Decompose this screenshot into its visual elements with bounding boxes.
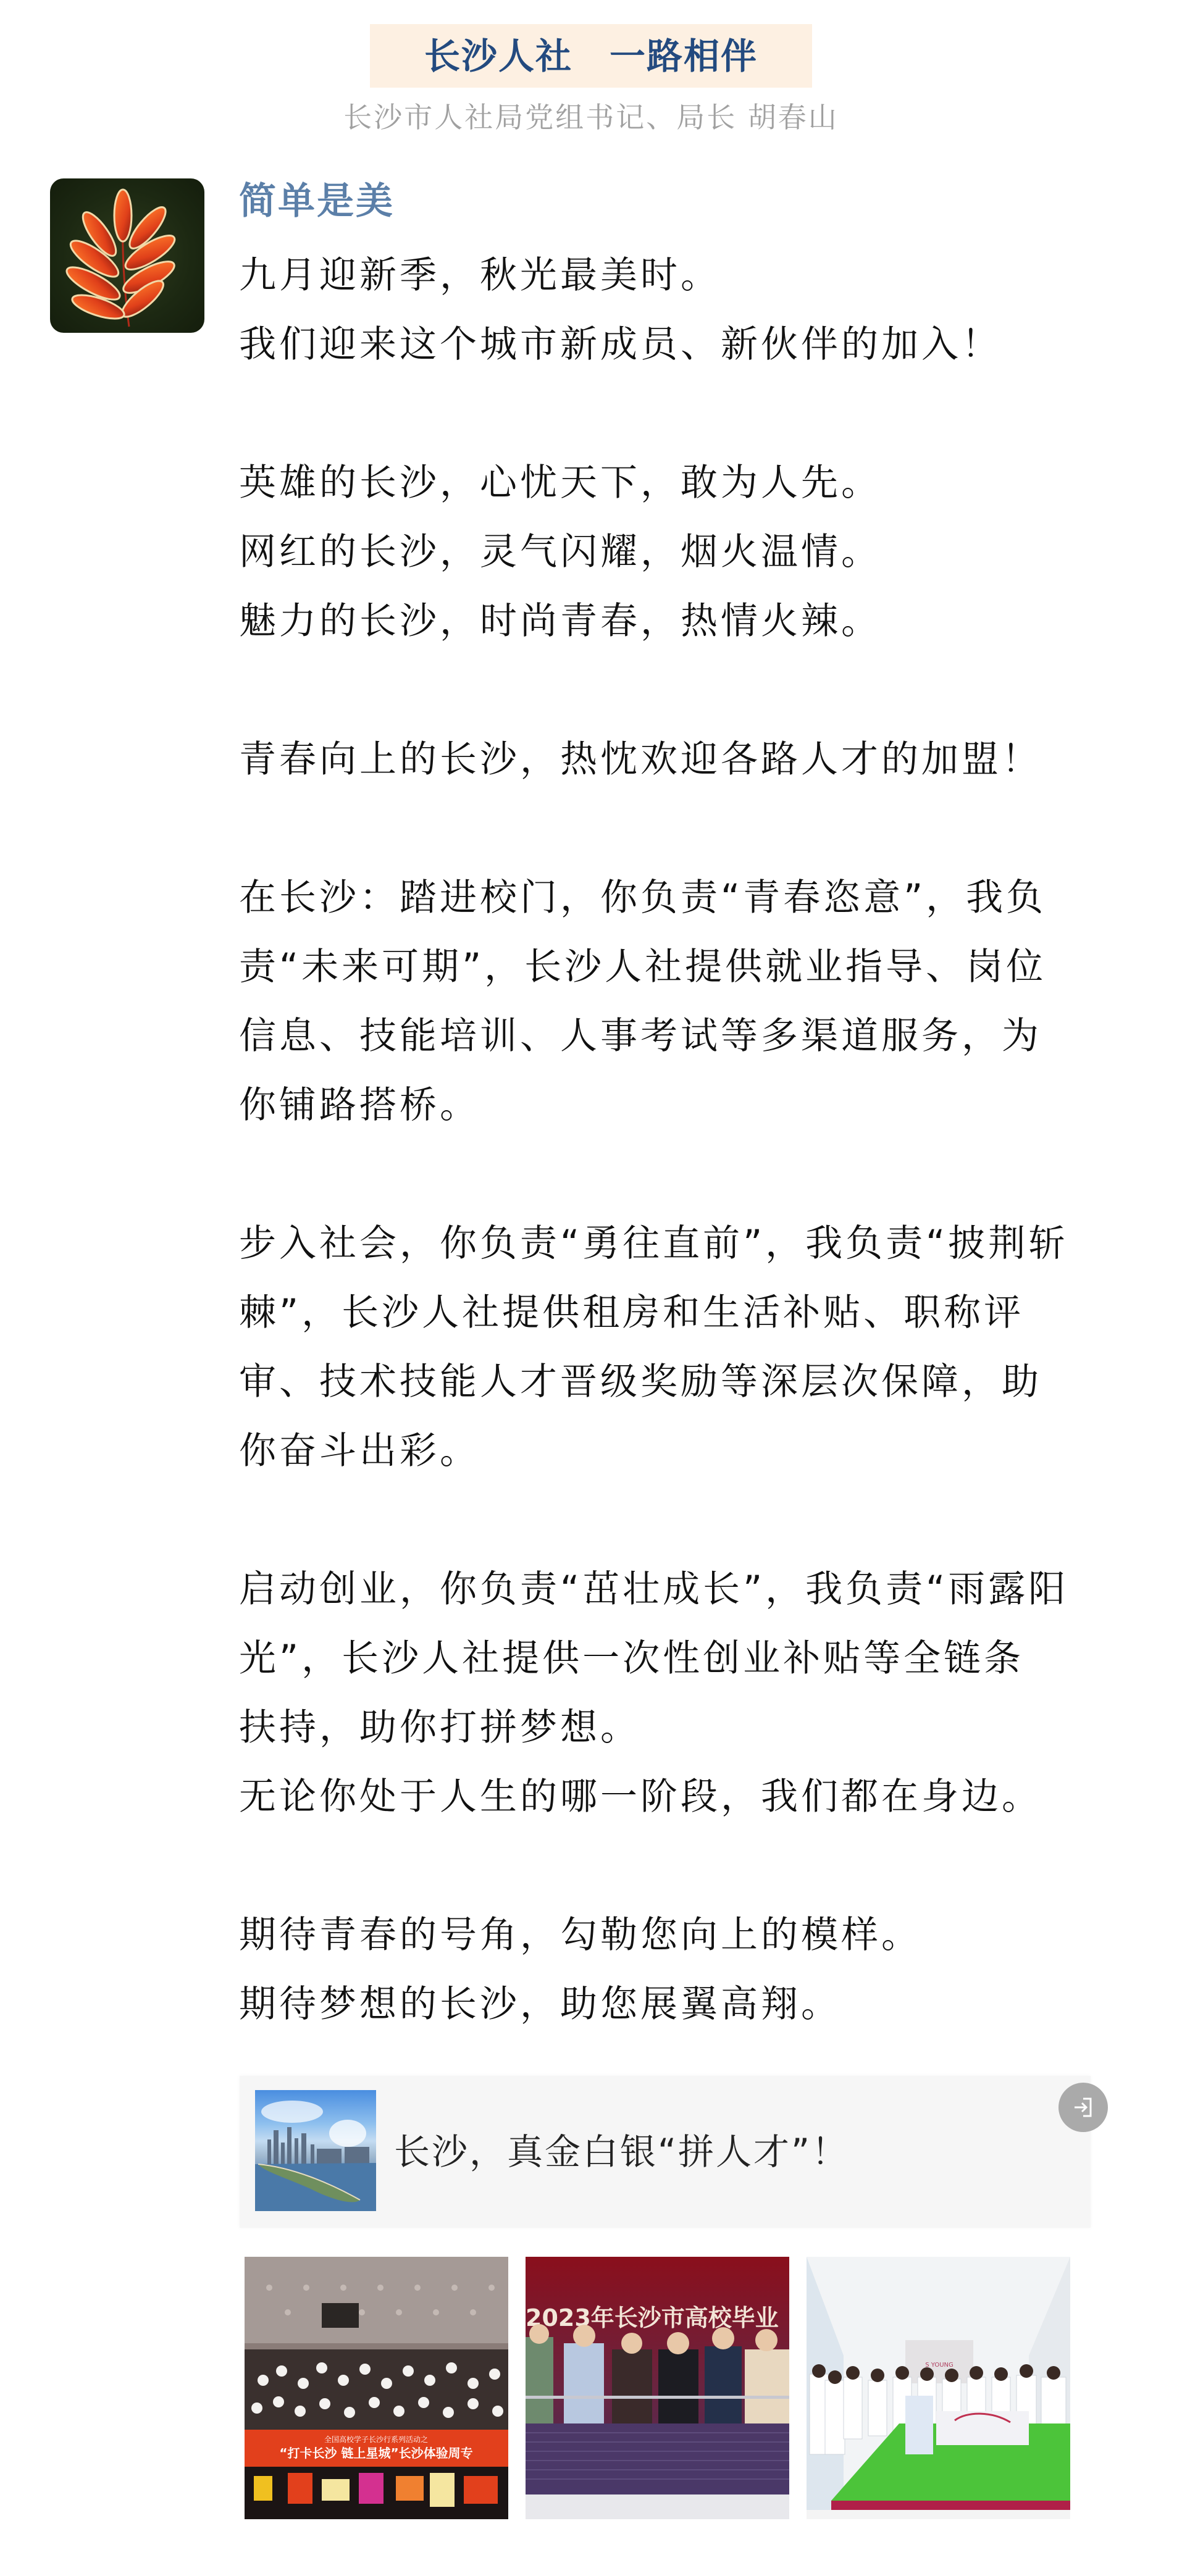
launch-ceremony-photo-icon: 2023年长沙市高校毕业 bbox=[526, 2257, 789, 2519]
body-line: 你铺路搭桥。 bbox=[239, 1071, 1070, 1140]
gallery-photo-launch-ceremony[interactable]: 2023年长沙市高校毕业 bbox=[526, 2257, 789, 2519]
body-line-blank bbox=[239, 794, 1070, 863]
linked-article-title[interactable]: 长沙，真金白银“拼人才”！ bbox=[394, 2130, 849, 2173]
page-title: 长沙人社 一路相伴 bbox=[424, 38, 758, 74]
body-line-blank bbox=[239, 379, 1070, 448]
body-line-blank bbox=[239, 1140, 1070, 1209]
linked-article-card[interactable]: 长沙，真金白银“拼人才”！ bbox=[240, 2076, 1091, 2228]
autumn-leaf-avatar-icon bbox=[50, 178, 204, 333]
body-line: 九月迎新季，秋光最美时。 bbox=[239, 241, 1070, 310]
body-line: 步入社会，你负责“勇往直前”，我负责“披荆斩 bbox=[239, 1209, 1070, 1278]
students-auditorium-photo-icon: 全国高校学子长沙行系列活动之 “打卡长沙 链上星城”长沙体验周专 bbox=[245, 2257, 508, 2519]
article-body: 九月迎新季，秋光最美时。 我们迎来这个城市新成员、新伙伴的加入！ 英雄的长沙，心… bbox=[239, 241, 1070, 2039]
body-line: 棘”，长沙人社提供租房和生活补贴、职称评 bbox=[239, 1278, 1070, 1347]
banner-title: 2023年长沙市高校毕业 bbox=[526, 2304, 779, 2331]
author-name[interactable]: 简单是美 bbox=[239, 179, 395, 224]
body-line-blank bbox=[239, 1486, 1070, 1555]
body-line: 信息、技能培训、人事考试等多渠道服务，为 bbox=[239, 1002, 1070, 1071]
exhibit-logo-text: S YOUNG bbox=[925, 2362, 954, 2369]
body-line: 英雄的长沙，心忧天下，敢为人先。 bbox=[239, 448, 1070, 517]
avatar[interactable] bbox=[50, 178, 204, 333]
body-line: 审、技术技能人才晋级奖励等深层次保障，助 bbox=[239, 1347, 1070, 1416]
body-line: 启动创业，你负责“茁壮成长”，我负责“雨露阳 bbox=[239, 1555, 1070, 1624]
header-title-box: 长沙人社 一路相伴 bbox=[370, 24, 812, 88]
body-line: 期待青春的号角，勾勒您向上的模样。 bbox=[239, 1901, 1070, 1970]
gallery-photo-model-exhibit[interactable]: S YOUNG bbox=[807, 2257, 1070, 2519]
body-line: 魅力的长沙，时尚青春，热情火辣。 bbox=[239, 587, 1070, 656]
model-exhibit-photo-icon: S YOUNG bbox=[807, 2257, 1070, 2519]
body-line: 你奋斗出彩。 bbox=[239, 1416, 1070, 1486]
city-skyline-image-icon bbox=[255, 2090, 376, 2211]
open-link-button[interactable] bbox=[1058, 2083, 1108, 2132]
author-subtitle: 长沙市人社局党组书记、局长 胡春山 bbox=[0, 99, 1182, 136]
body-line: 在长沙：踏进校门，你负责“青春恣意”，我负 bbox=[239, 863, 1070, 932]
photo-gallery: 全国高校学子长沙行系列活动之 “打卡长沙 链上星城”长沙体验周专 bbox=[245, 2257, 1070, 2519]
body-line: 青春向上的长沙，热忱欢迎各路人才的加盟！ bbox=[239, 725, 1070, 794]
body-line: 责“未来可期”，长沙人社提供就业指导、岗位 bbox=[239, 932, 1070, 1002]
gallery-photo-students-auditorium[interactable]: 全国高校学子长沙行系列活动之 “打卡长沙 链上星城”长沙体验周专 bbox=[245, 2257, 508, 2519]
banner-title: “打卡长沙 链上星城”长沙体验周专 bbox=[279, 2446, 472, 2461]
body-line: 无论你处于人生的哪一阶段，我们都在身边。 bbox=[239, 1762, 1070, 1831]
body-line: 网红的长沙，灵气闪耀，烟火温情。 bbox=[239, 517, 1070, 587]
body-line-blank bbox=[239, 656, 1070, 725]
body-line: 扶持，助你打拼梦想。 bbox=[239, 1693, 1070, 1762]
body-line: 期待梦想的长沙，助您展翼高翔。 bbox=[239, 1970, 1070, 2039]
banner-subtitle: 全国高校学子长沙行系列活动之 bbox=[324, 2435, 428, 2444]
body-line-blank bbox=[239, 1831, 1070, 1901]
body-line: 光”，长沙人社提供一次性创业补贴等全链条 bbox=[239, 1624, 1070, 1693]
changsha-skyline-thumbnail bbox=[255, 2090, 376, 2211]
body-line: 我们迎来这个城市新成员、新伙伴的加入！ bbox=[239, 310, 1070, 379]
open-link-icon bbox=[1071, 2095, 1096, 2120]
